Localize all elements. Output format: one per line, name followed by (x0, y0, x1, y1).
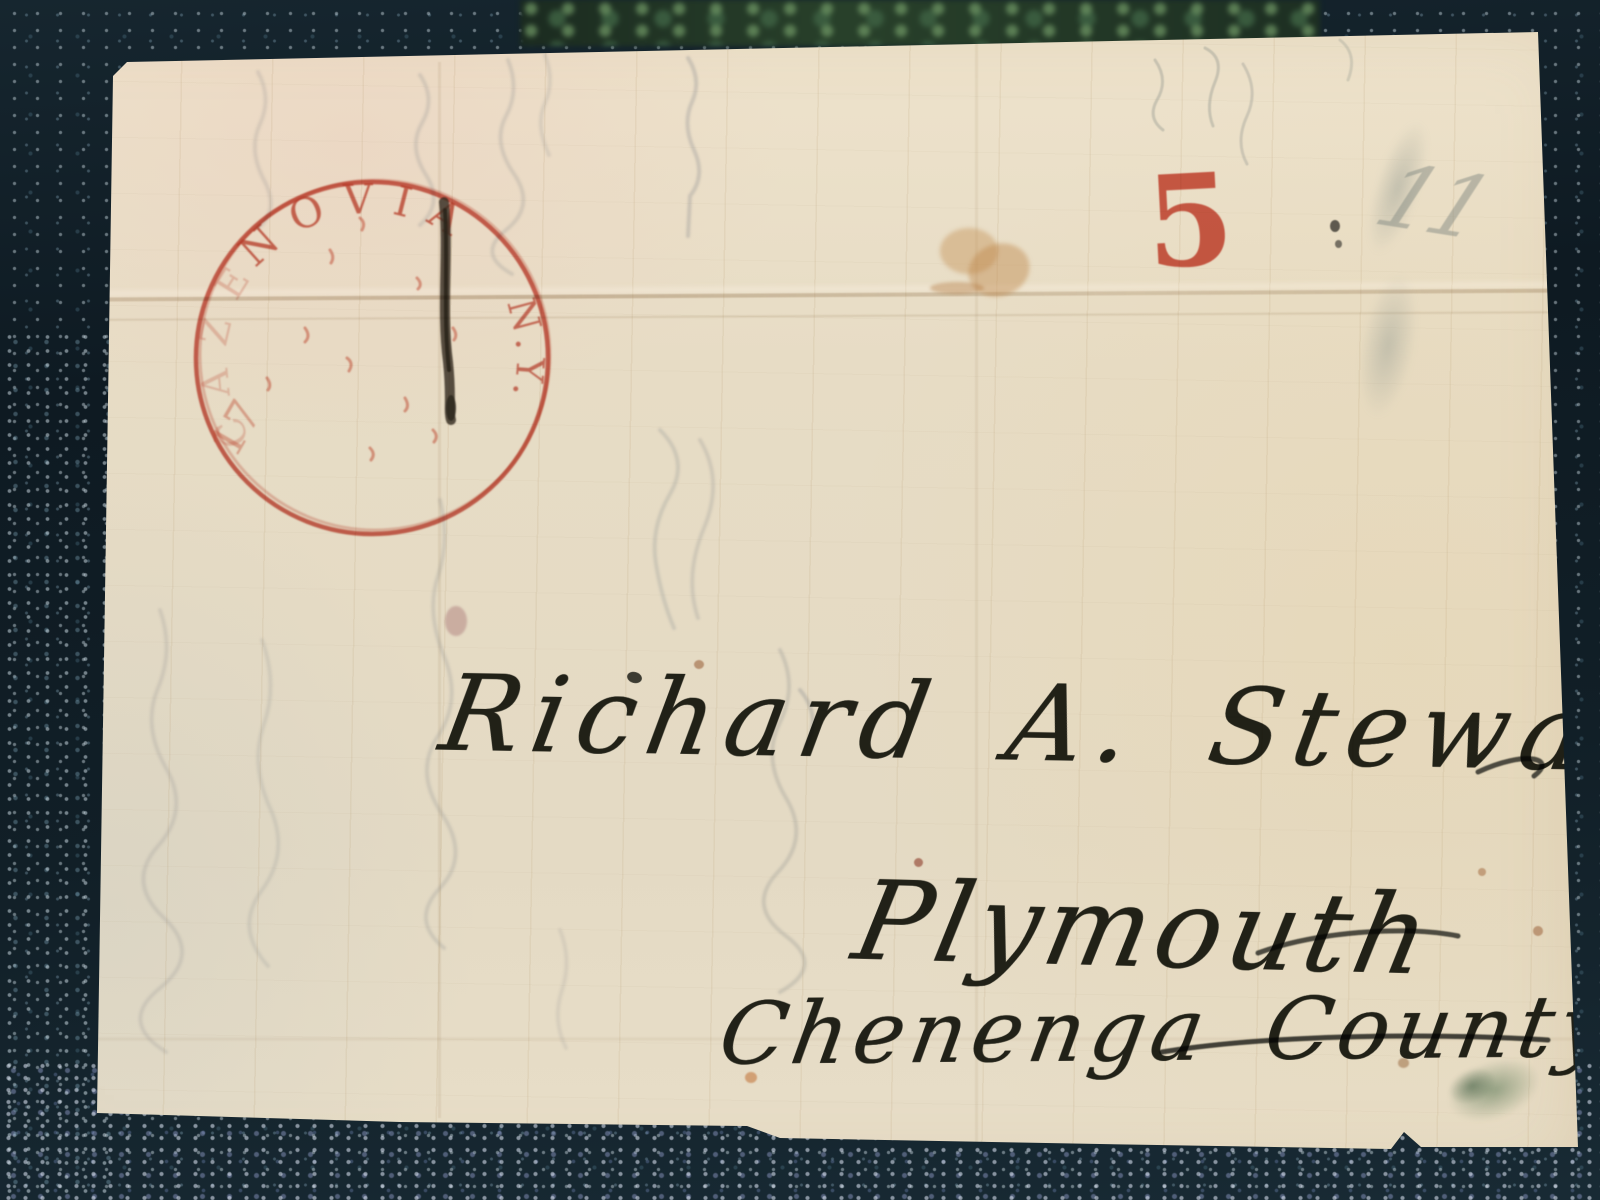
postmark-date-flecks (267, 218, 456, 460)
background-green-blur (520, 0, 1320, 46)
postmark-state: N.Y. (498, 293, 552, 408)
postmark-date-fragment: 17 (200, 392, 272, 466)
svg-text:N.Y.: N.Y. (498, 293, 552, 408)
rate-marking-5: 5 (1143, 156, 1237, 286)
photo-of-stampless-cover: CAZE NOVIA N.Y. 17 (0, 0, 1600, 1200)
letter-paper: CAZE NOVIA N.Y. 17 (0, 0, 1600, 1200)
postmark: CAZE NOVIA N.Y. 17 (115, 100, 635, 620)
dark-speck (1330, 220, 1340, 232)
address-line-town: Plymouth (846, 866, 1444, 991)
dark-speck (1335, 240, 1342, 248)
address-line-county: Chenenga County (714, 984, 1600, 1078)
address-line-recipient: Richard A. Stewart (434, 662, 1600, 789)
